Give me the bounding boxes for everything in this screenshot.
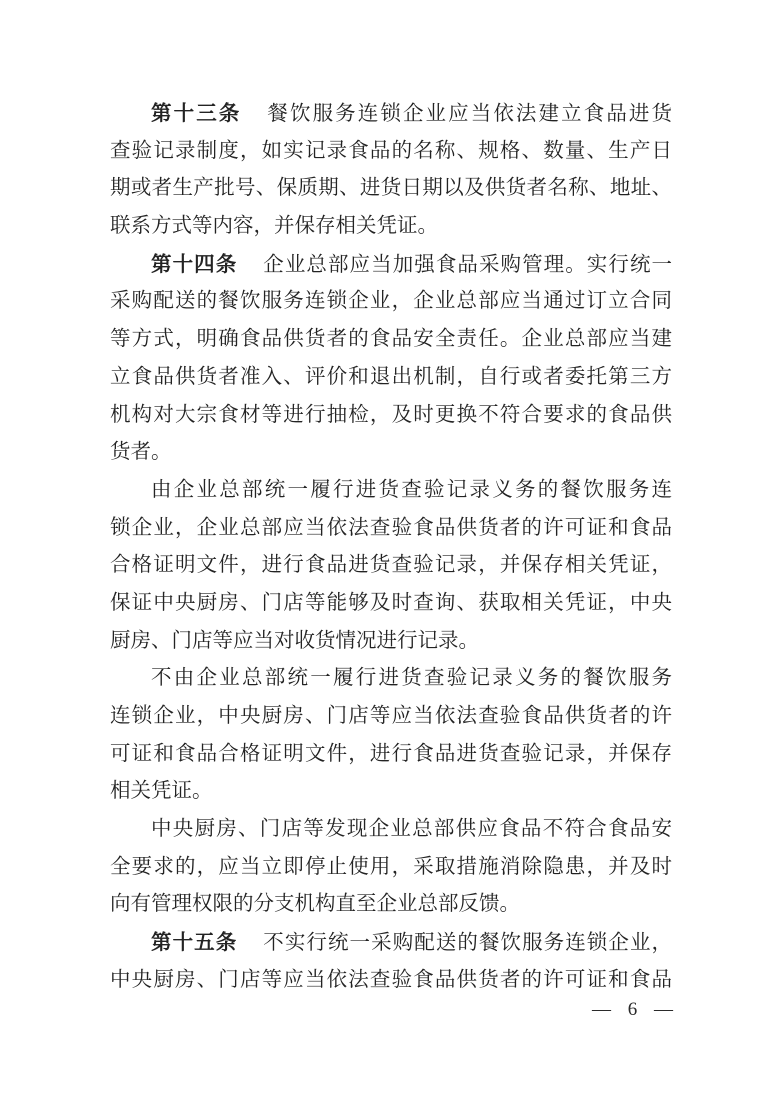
text-line: 保证中央厨房、门店等能够及时查询、获取相关凭证，中央 [110,585,672,623]
text-line: 中央厨房、门店等应当依法查验食品供货者的许可证和食品 [110,962,672,1000]
text-line: 可证和食品合格证明文件，进行食品进货查验记录，并保存 [110,736,672,774]
text-line: 等方式，明确食品供货者的食品安全责任。企业总部应当建 [110,321,672,359]
document-page: 第十三条餐饮服务连锁企业应当依法建立食品进货查验记录制度，如实记录食品的名称、规… [0,0,778,1104]
text-line: 期或者生产批号、保质期、进货日期以及供货者名称、地址、 [110,170,672,208]
text-line: 第十五条不实行统一采购配送的餐饮服务连锁企业， [110,924,672,962]
text-line: 向有管理权限的分支机构直至企业总部反馈。 [110,886,672,924]
text-line: 相关凭证。 [110,773,672,811]
text-line: 锁企业，企业总部应当依法查验食品供货者的许可证和食品 [110,510,672,548]
text-line: 连锁企业，中央厨房、门店等应当依法查验食品供货者的许 [110,698,672,736]
text-line: 全要求的，应当立即停止使用，采取措施消除隐患，并及时 [110,849,672,887]
text-line: 机构对大宗食材等进行抽检，及时更换不符合要求的食品供 [110,397,672,435]
text-line: 由企业总部统一履行进货查验记录义务的餐饮服务连 [110,472,672,510]
text-line: 联系方式等内容，并保存相关凭证。 [110,208,672,246]
article-number: 第十五条 [151,931,237,954]
text-line: 采购配送的餐饮服务连锁企业，企业总部应当通过订立合同 [110,283,672,321]
page-number: — 6 — [592,998,679,1022]
text-line: 中央厨房、门店等发现企业总部供应食品不符合食品安 [110,811,672,849]
text-line: 第十四条企业总部应当加强食品采购管理。实行统一 [110,246,672,284]
text-line: 第十三条餐饮服务连锁企业应当依法建立食品进货 [110,95,672,133]
text-line: 货者。 [110,434,672,472]
text-line: 厨房、门店等应当对收货情况进行记录。 [110,623,672,661]
article-number: 第十四条 [151,253,237,276]
text-block: 第十三条餐饮服务连锁企业应当依法建立食品进货查验记录制度，如实记录食品的名称、规… [110,95,672,1000]
text-line: 立食品供货者准入、评价和退出机制，自行或者委托第三方 [110,359,672,397]
article-number: 第十三条 [151,102,241,125]
text-line: 合格证明文件，进行食品进货查验记录，并保存相关凭证， [110,547,672,585]
text-line: 查验记录制度，如实记录食品的名称、规格、数量、生产日 [110,133,672,171]
text-line: 不由企业总部统一履行进货查验记录义务的餐饮服务 [110,660,672,698]
